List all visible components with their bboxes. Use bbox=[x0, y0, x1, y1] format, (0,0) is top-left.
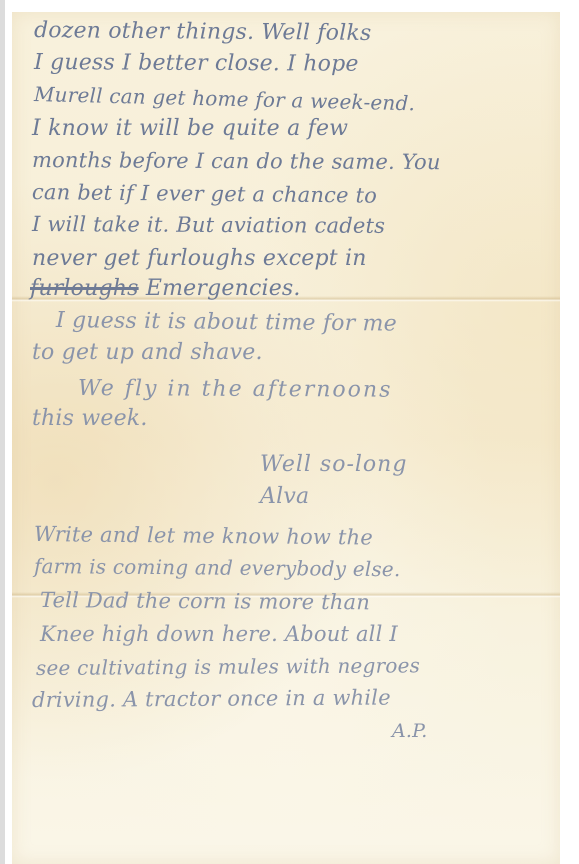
letter-line: Tell Dad the corn is more than bbox=[40, 588, 370, 614]
letter-line: to get up and shave. bbox=[32, 340, 263, 365]
letter-line: can bet if I ever get a chance to bbox=[32, 180, 377, 208]
letter-line: Knee high down here. About all I bbox=[40, 622, 398, 646]
letter-line: I guess I better close. I hope bbox=[34, 50, 359, 77]
letter-page: dozen other things. Well folks I guess I… bbox=[12, 12, 560, 864]
scan-edge bbox=[0, 0, 5, 864]
letter-line: furloughs Emergencies. bbox=[30, 276, 301, 301]
letter-line: see cultivating is mules with negroes bbox=[36, 653, 420, 680]
letter-line: this week. bbox=[32, 406, 148, 431]
letter-line: I will take it. But aviation cadets bbox=[32, 212, 385, 238]
closing-line: Well so-long bbox=[260, 452, 407, 477]
letter-line: never get furloughs except in bbox=[32, 246, 367, 271]
initials: A.P. bbox=[392, 720, 428, 742]
letter-line: I know it will be quite a few bbox=[32, 116, 348, 141]
letter-line: I guess it is about time for me bbox=[56, 308, 397, 337]
letter-line: months before I can do the same. You bbox=[32, 148, 441, 174]
letter-scan: dozen other things. Well folks I guess I… bbox=[0, 0, 579, 864]
letter-line-text: Emergencies. bbox=[139, 276, 301, 301]
letter-line: farm is coming and everybody else. bbox=[34, 554, 401, 581]
signature: Alva bbox=[260, 484, 309, 509]
letter-line: Write and let me know how the bbox=[34, 522, 373, 550]
struck-word: furloughs bbox=[30, 276, 139, 301]
letter-line: We fly in the afternoons bbox=[78, 376, 393, 403]
letter-line: dozen other things. Well folks bbox=[34, 18, 372, 46]
letter-line: Murell can get home for a week-end. bbox=[34, 82, 416, 115]
letter-line: driving. A tractor once in a while bbox=[32, 685, 391, 712]
